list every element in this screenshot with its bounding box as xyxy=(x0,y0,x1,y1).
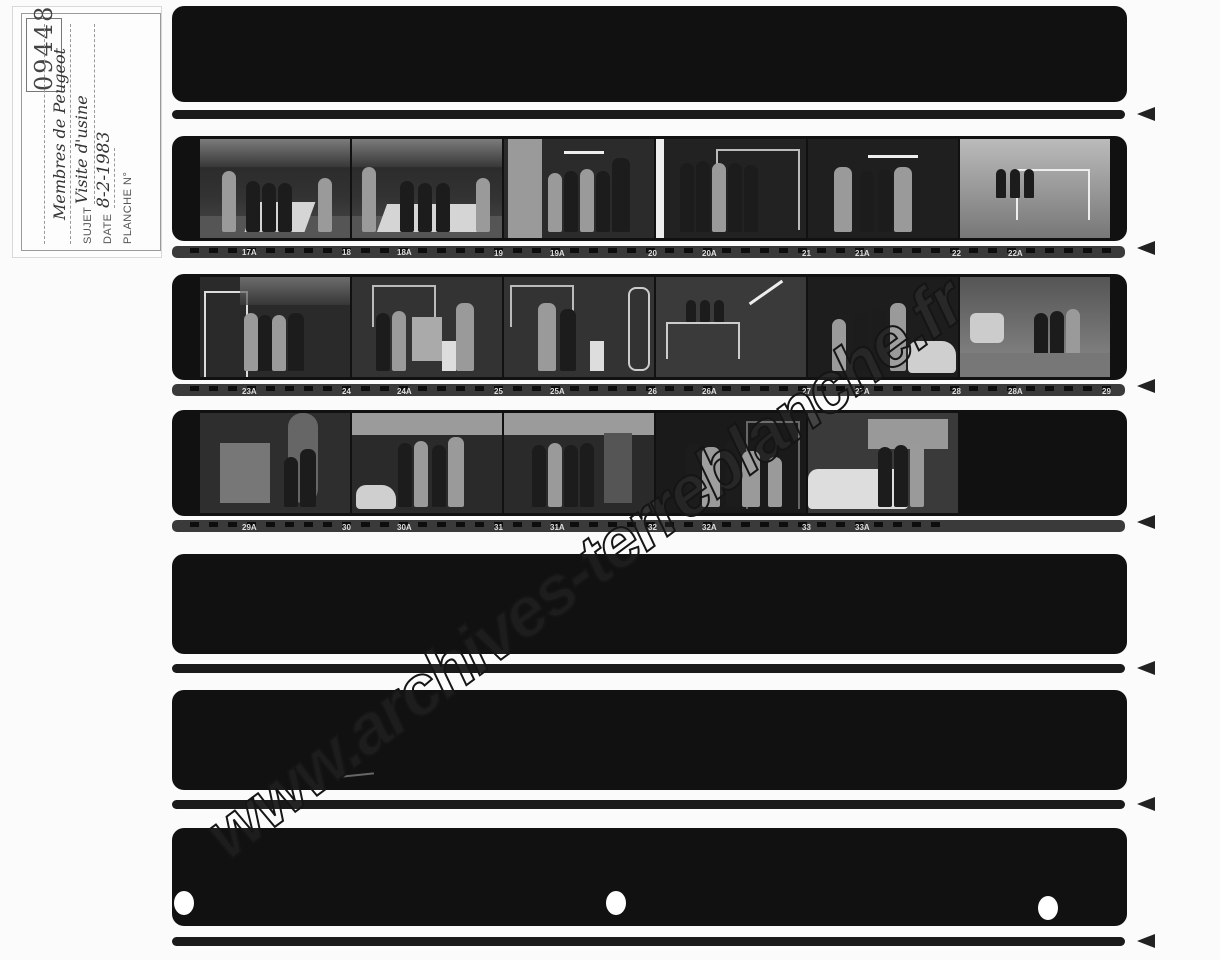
film-edge-6 xyxy=(172,800,1125,809)
edge-frame-number: 31A xyxy=(550,523,565,532)
orientation-arrow-icon xyxy=(1137,107,1155,121)
edge-frame-number: 26A xyxy=(702,387,717,396)
edge-frame-number: 32A xyxy=(702,523,717,532)
edge-frame-number: 32 xyxy=(648,523,657,532)
photo-frame[interactable] xyxy=(352,277,502,377)
photo-frame[interactable] xyxy=(656,413,806,513)
edge-frame-number: 24A xyxy=(397,387,412,396)
frames-row-2 xyxy=(200,277,1110,377)
orientation-arrow-icon xyxy=(1137,241,1155,255)
plate-label: PLANCHE N° xyxy=(122,172,134,244)
frames-row-1 xyxy=(200,139,1110,238)
film-strip-4 xyxy=(172,410,1127,516)
edge-frame-number: 18 xyxy=(342,248,351,257)
punch-hole xyxy=(1038,896,1058,920)
subject-line-2: Membres de Peugeot xyxy=(50,48,69,220)
film-edge-1 xyxy=(172,110,1125,119)
edge-frame-number: 22 xyxy=(952,249,961,258)
edge-frame-number: 30 xyxy=(342,523,351,532)
photo-frame[interactable] xyxy=(504,413,654,513)
photo-frame[interactable] xyxy=(808,139,958,238)
photo-frame[interactable] xyxy=(808,277,958,377)
edge-frame-number: 25 xyxy=(494,387,503,396)
label-rotated-content: PLANCHE N° 09448 DATE 8-2-1983 SUJET Vis… xyxy=(22,14,160,250)
orientation-arrow-icon xyxy=(1137,379,1155,393)
edge-frame-number: 23A xyxy=(242,387,257,396)
edge-frame-number: 19 xyxy=(494,249,503,258)
orientation-arrow-icon xyxy=(1137,797,1155,811)
film-edge-4: 29A 30 30A 31 31A 32 32A 33 33A xyxy=(172,520,1125,532)
edge-frame-number: 20A xyxy=(702,249,717,258)
edge-frame-number: 26 xyxy=(648,387,657,396)
edge-frame-number: 33A xyxy=(855,523,870,532)
blank-underline xyxy=(44,24,45,244)
edge-frame-number: 24 xyxy=(342,387,351,396)
orientation-arrow-icon xyxy=(1137,934,1155,948)
subject-line-1: Visite d'usine xyxy=(72,95,91,204)
edge-frame-number: 31 xyxy=(494,523,503,532)
subject-label: SUJET xyxy=(82,207,94,244)
edge-frame-number: 21 xyxy=(802,249,811,258)
film-strip-7 xyxy=(172,828,1127,926)
edge-frame-number: 22A xyxy=(1008,249,1023,258)
date-value: 8-2-1983 xyxy=(94,132,114,208)
photo-frame[interactable] xyxy=(200,139,350,238)
photo-frame[interactable] xyxy=(960,139,1110,238)
photo-frame[interactable] xyxy=(656,139,806,238)
film-strip-6 xyxy=(172,690,1127,790)
photo-frame[interactable] xyxy=(656,277,806,377)
label-card: PLANCHE N° 09448 DATE 8-2-1983 SUJET Vis… xyxy=(12,6,162,258)
subject-underline-2 xyxy=(70,24,71,244)
edge-frame-number: 28 xyxy=(952,387,961,396)
film-strip-3 xyxy=(172,274,1127,380)
film-strip-1 xyxy=(172,6,1127,102)
edge-frame-number: 18A xyxy=(397,248,412,257)
photo-frame[interactable] xyxy=(352,139,502,238)
frames-row-3 xyxy=(200,413,958,513)
edge-frame-number: 19A xyxy=(550,249,565,258)
film-strip-5 xyxy=(172,554,1127,654)
photo-frame[interactable] xyxy=(808,413,958,513)
label-inner-border: PLANCHE N° 09448 DATE 8-2-1983 SUJET Vis… xyxy=(21,13,161,251)
edge-frame-number: 20 xyxy=(648,249,657,258)
film-edge-5 xyxy=(172,664,1125,673)
photo-frame[interactable] xyxy=(352,413,502,513)
photo-frame[interactable] xyxy=(504,139,654,238)
film-strip-2 xyxy=(172,136,1127,241)
edge-frame-number: 28A xyxy=(1008,387,1023,396)
film-edge-2: 17A 18 18A 19 19A 20 20A 21 21A 22 22A xyxy=(172,246,1125,258)
sprocket-holes xyxy=(190,522,945,527)
photo-frame[interactable] xyxy=(200,277,350,377)
orientation-arrow-icon xyxy=(1137,661,1155,675)
edge-frame-number: 29 xyxy=(1102,387,1111,396)
edge-frame-number: 17A xyxy=(242,248,257,257)
film-edge-7 xyxy=(172,937,1125,946)
photo-frame[interactable] xyxy=(200,413,350,513)
edge-frame-number: 29A xyxy=(242,523,257,532)
punch-hole xyxy=(174,891,194,915)
edge-frame-number: 30A xyxy=(397,523,412,532)
date-label: DATE xyxy=(102,213,114,244)
photo-frame[interactable] xyxy=(504,277,654,377)
edge-frame-number: 21A xyxy=(855,249,870,258)
edge-frame-number: 25A xyxy=(550,387,565,396)
edge-frame-number: 27 xyxy=(802,387,811,396)
subject-underline-1 xyxy=(94,24,95,204)
edge-frame-number: 27A xyxy=(855,387,870,396)
photo-frame[interactable] xyxy=(960,277,1110,377)
punch-hole xyxy=(606,891,626,915)
film-edge-3: 23A 24 24A 25 25A 26 26A 27 27A 28 28A 2… xyxy=(172,384,1125,396)
edge-frame-number: 33 xyxy=(802,523,811,532)
date-underline xyxy=(114,148,115,208)
orientation-arrow-icon xyxy=(1137,515,1155,529)
